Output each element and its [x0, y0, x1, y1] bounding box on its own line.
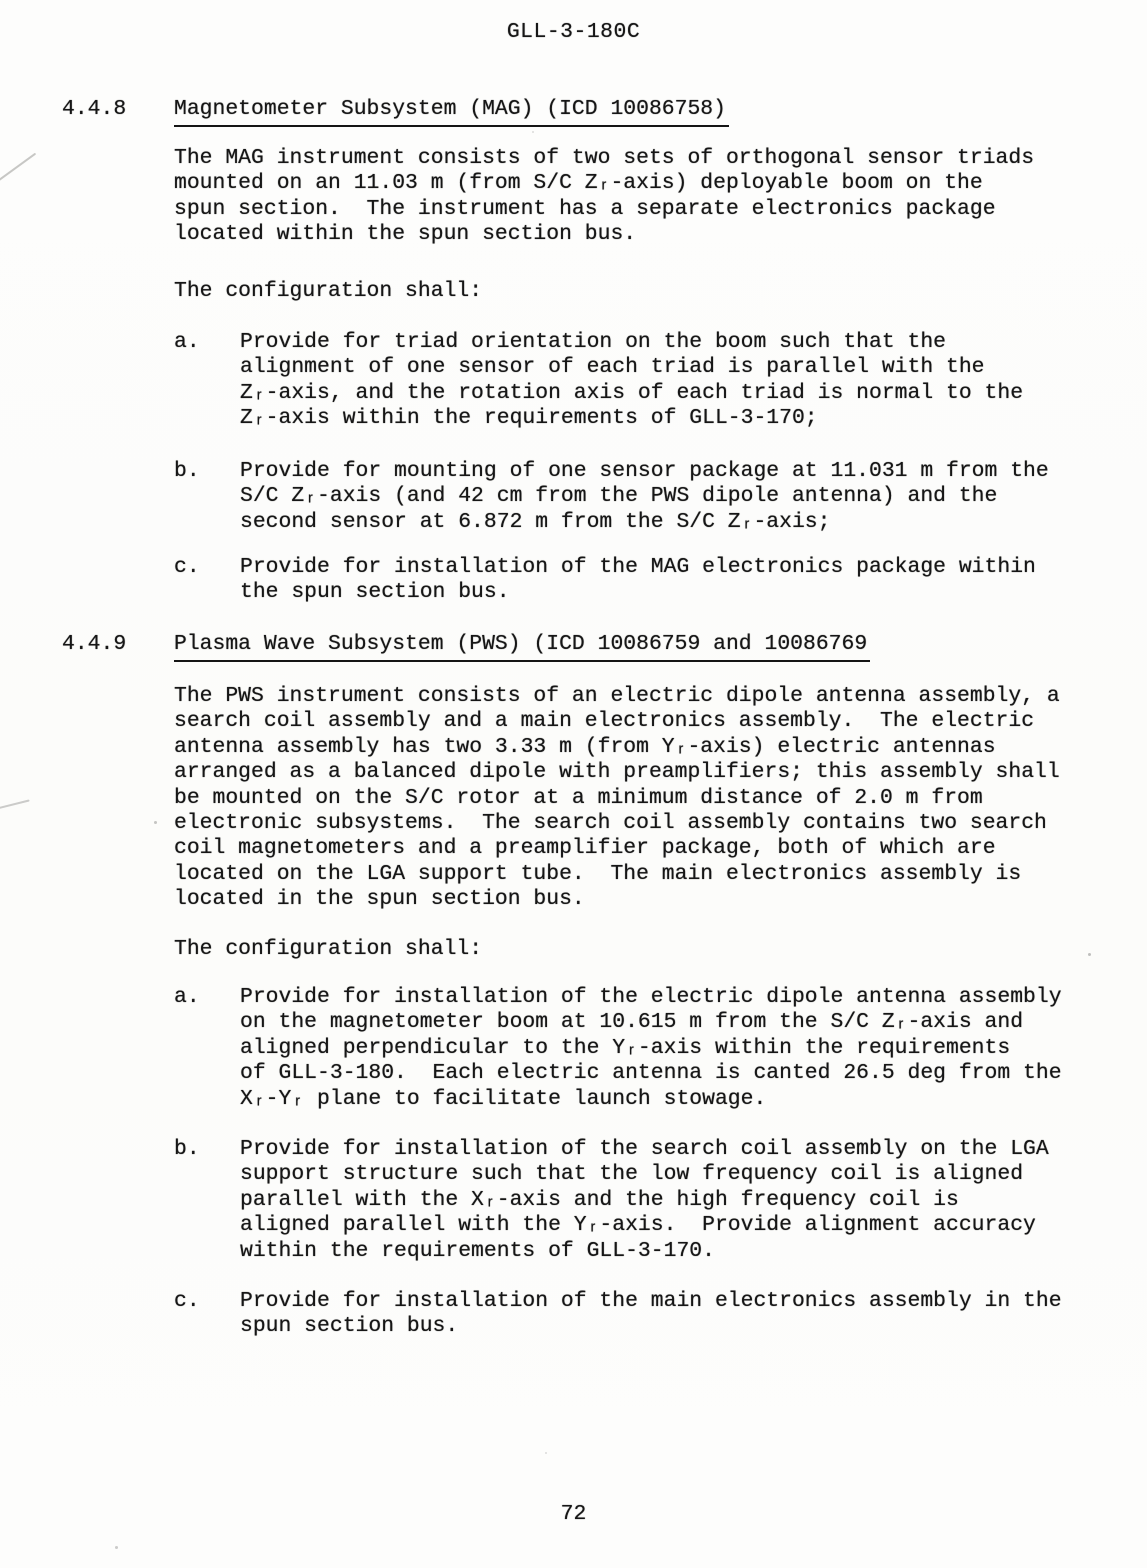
section-intro-paragraph: The PWS instrument consists of an electr…	[174, 684, 1079, 913]
section-number: 4.4.8	[62, 97, 126, 122]
scan-speck	[115, 1546, 118, 1549]
list-item-text: Provide for triad orientation on the boo…	[240, 330, 1084, 432]
list-item-letter: b.	[174, 459, 200, 484]
list-item-text: Provide for installation of the electric…	[240, 985, 1084, 1112]
scan-speck	[1088, 953, 1091, 956]
list-item-letter: c.	[174, 555, 200, 580]
configuration-shall-label: The configuration shall:	[174, 937, 1079, 962]
section-title: Magnetometer Subsystem (MAG) (ICD 100867…	[174, 97, 729, 127]
scan-speck	[154, 821, 157, 824]
list-item: c. Provide for installation of the main …	[174, 1289, 1084, 1340]
list-item-text: Provide for installation of the main ele…	[240, 1289, 1084, 1340]
section-title: Plasma Wave Subsystem (PWS) (ICD 1008675…	[174, 632, 870, 662]
list-item-text: Provide for installation of the search c…	[240, 1137, 1084, 1264]
section-intro-paragraph: The MAG instrument consists of two sets …	[174, 146, 1079, 248]
scan-speck	[545, 1452, 547, 1454]
page-number: 72	[0, 1502, 1147, 1527]
list-item: a. Provide for triad orientation on the …	[174, 330, 1084, 432]
configuration-shall-label: The configuration shall:	[174, 279, 1079, 304]
list-item: a. Provide for installation of the elect…	[174, 985, 1084, 1112]
scan-scratch-mark	[0, 799, 30, 810]
list-item: b. Provide for installation of the searc…	[174, 1137, 1084, 1264]
scan-scratch-mark	[0, 153, 36, 182]
document-number-header: GLL-3-180C	[0, 20, 1147, 45]
list-item-letter: a.	[174, 330, 200, 355]
list-item-letter: b.	[174, 1137, 200, 1162]
list-item: c. Provide for installation of the MAG e…	[174, 555, 1084, 606]
list-item-text: Provide for mounting of one sensor packa…	[240, 459, 1084, 535]
list-item-letter: c.	[174, 1289, 200, 1314]
list-item-letter: a.	[174, 985, 200, 1010]
scanned-document-page: GLL-3-180C 4.4.8 Magnetometer Subsystem …	[0, 0, 1147, 1568]
list-item: b. Provide for mounting of one sensor pa…	[174, 459, 1084, 535]
section-number: 4.4.9	[62, 632, 126, 657]
list-item-text: Provide for installation of the MAG elec…	[240, 555, 1084, 606]
scan-speck	[532, 131, 534, 133]
